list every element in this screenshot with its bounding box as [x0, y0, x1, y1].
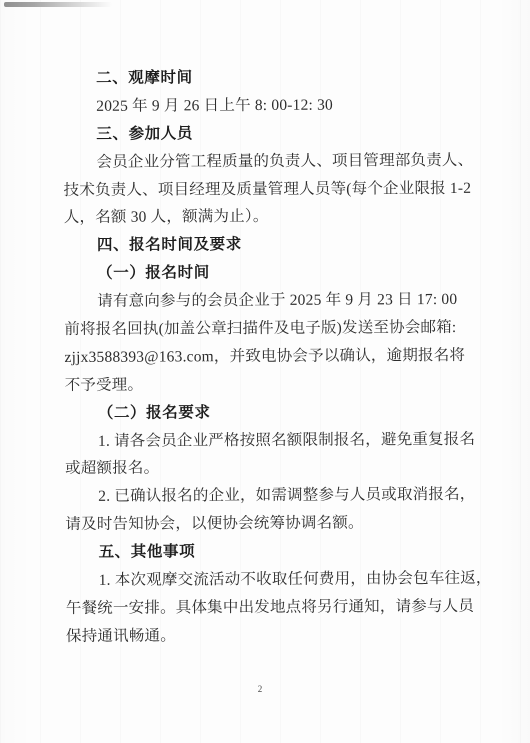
body-line: 人，名额 30 人，额满为止）。: [64, 202, 458, 232]
document-content: 二、观摩时间 2025 年 9 月 26 日上午 8: 00-12: 30 三、…: [63, 63, 460, 651]
body-line: 午餐统一安排。具体集中出发地点将另行通知，请参与人员: [66, 593, 460, 623]
section-heading-observation-time: 二、观摩时间: [63, 63, 457, 93]
body-line: 1. 本次观摩交流活动不收取任何费用，由协会包车往返，: [66, 565, 460, 595]
section-heading-other-matters: 五、其他事项: [65, 537, 459, 567]
body-line-date: 2025 年 9 月 26 日上午 8: 00-12: 30: [63, 91, 457, 121]
body-line: 请有意向参与的会员企业于 2025 年 9 月 23 日 17: 00: [64, 286, 458, 316]
section-heading-participants: 三、参加人员: [63, 119, 457, 149]
section-heading-registration: 四、报名时间及要求: [64, 230, 458, 260]
body-line: 2. 已确认报名的企业，如需调整参与人员或取消报名，: [65, 481, 459, 511]
body-line-email: zjjx3588393@163.com，并致电协会予以确认，逾期报名将: [64, 342, 458, 372]
subheading-registration-rules: （二）报名要求: [65, 398, 459, 428]
body-line: 前将报名回执(加盖公章扫描件及电子版)发送至协会邮箱:: [64, 314, 458, 344]
document-page: 二、观摩时间 2025 年 9 月 26 日上午 8: 00-12: 30 三、…: [0, 0, 530, 743]
body-line: 技术负责人、项目经理及质量管理人员等(每个企业限报 1-2: [64, 174, 458, 204]
body-line: 或超额报名。: [65, 453, 459, 483]
body-line: 请及时告知协会，以便协会统筹协调名额。: [65, 509, 459, 539]
page-number: 2: [63, 683, 457, 695]
subheading-registration-time: （一）报名时间: [64, 258, 458, 288]
body-line: 保持通讯畅通。: [66, 621, 460, 651]
scan-smudge-artifact: [4, 2, 112, 7]
body-line: 不予受理。: [65, 370, 459, 400]
body-line: 1. 请各会员企业严格按照名额限制报名，避免重复报名: [65, 426, 459, 456]
body-line: 会员企业分管工程质量的负责人、项目管理部负责人、: [63, 147, 457, 177]
